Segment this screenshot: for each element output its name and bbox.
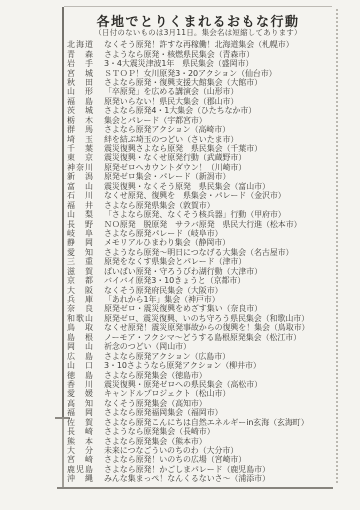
list-item: 福島原発いらない！県民大集会（郡山市） xyxy=(67,97,339,106)
list-item: 新潟原発ゼロ集会・パレード（新潟市） xyxy=(67,172,339,181)
event-description: なくそう原発府民集会（大阪市） xyxy=(104,286,223,295)
list-item: 青森さようなら原発・核燃県民集会（青森市） xyxy=(67,49,339,58)
prefecture-name: 沖縄 xyxy=(67,474,93,483)
left-border-line xyxy=(62,7,64,418)
prefecture-name: 宮城 xyxy=(67,69,93,78)
event-description: 3・4大震災津波1年 県民集会（盛岡市） xyxy=(104,59,253,68)
list-item: 香川震災復興・原発ゼロへの県民集会（高松市） xyxy=(67,380,339,389)
list-item: 茨城さよなら原発4・1大集会（ひたちなか市） xyxy=(67,106,339,115)
event-description: キャンドルプロジェクト（松山市） xyxy=(104,389,230,398)
list-item: 京都バイバイ原発3・10きょうと（京都市） xyxy=(67,276,339,285)
list-item: 北海道なくそう原発！許すな再稼働！北海道集会（札幌市） xyxy=(67,40,339,49)
event-description: ばいばい原発・守ろうびわ湖行動（大津市） xyxy=(104,267,262,276)
list-item: 長野ＮＯ原発 脱原発 サラバ原発 県民大行進（松本市） xyxy=(67,219,339,228)
prefecture-name: 山形 xyxy=(67,87,93,96)
prefecture-name: 長崎 xyxy=(67,427,93,436)
prefecture-name: 鹿児島 xyxy=(67,465,93,474)
prefecture-name: 島根 xyxy=(67,333,93,342)
prefecture-name: 北海道 xyxy=(67,40,93,49)
list-item: 福岡さよなら原発福岡集会（福岡市） xyxy=(67,408,339,417)
list-item: 栃木集会とパレード（宇都宮市） xyxy=(67,116,339,125)
list-item: 山梨「さよなら原発、なくそう核兵器」行動（甲府市） xyxy=(67,210,339,219)
event-description: さよなら原発集会（熊本市） xyxy=(104,437,207,446)
prefecture-name: 埼玉 xyxy=(67,135,93,144)
action-list: 北海道なくそう原発！許すな再稼働！北海道集会（札幌市）青森さようなら原発・核燃県… xyxy=(67,40,339,484)
prefecture-name: 鳥取 xyxy=(67,323,93,332)
event-description: 「さよなら原発、なくそう核兵器」行動（甲府市） xyxy=(104,210,286,219)
prefecture-name: 山梨 xyxy=(67,210,93,219)
page-subtitle: （日付のないものは3月11日。集会名は短縮してあります） xyxy=(62,27,334,38)
list-item: 福井さよなら原発県集会（敦賀市） xyxy=(67,200,339,209)
list-item: 山形「卒原発」を広める講演会（山形市） xyxy=(67,87,339,96)
prefecture-name: 岩手 xyxy=(67,59,93,68)
prefecture-name: 石川 xyxy=(67,191,93,200)
list-item: 滋賀ばいばい原発・守ろうびわ湖行動（大津市） xyxy=(67,267,339,276)
bottom-divider-line xyxy=(57,487,333,489)
event-description: 3・10さようなら原発アクション（柳井市） xyxy=(104,361,261,370)
event-description: さよなら原発4・1大集会（ひたちなか市） xyxy=(104,106,256,115)
prefecture-name: 福島 xyxy=(67,97,93,106)
list-item: 熊本さよなら原発集会（熊本市） xyxy=(67,436,339,445)
prefecture-name: 三重 xyxy=(67,257,93,266)
event-description: 震災復興・原発ゼロへの県民集会（高松市） xyxy=(104,380,262,389)
top-divider-line xyxy=(64,6,332,7)
event-description: みんな集まっぺ！なんくるないさ～（浦添市） xyxy=(104,474,270,483)
prefecture-name: 和歌山 xyxy=(67,314,93,323)
left-border-line-lower xyxy=(62,418,64,487)
prefecture-name: 福岡 xyxy=(67,408,93,417)
prefecture-name: 徳島 xyxy=(67,371,93,380)
prefecture-name: 長野 xyxy=(67,220,93,229)
list-item: 群馬さよなら原発アクション（高崎市） xyxy=(67,125,339,134)
list-item: 岩手3・4大震災津波1年 県民集会（盛岡市） xyxy=(67,59,339,68)
list-item: 大阪なくそう原発府民集会（大阪市） xyxy=(67,285,339,294)
list-item: 沖縄みんな集まっぺ！なんくるないさ～（浦添市） xyxy=(67,474,339,483)
list-item: 宮城ＳＴＯＰ！女川原発3・20アクション（仙台市） xyxy=(67,68,339,77)
event-description: 原発ゼロ・震災復興をめざす集い（奈良市） xyxy=(104,304,262,313)
prefecture-name: 群馬 xyxy=(67,125,93,134)
event-description: 原発ゼロへカウントダウン！（川崎市） xyxy=(104,163,246,172)
event-description: 原発をなくす県集会とパレード（津市） xyxy=(104,257,246,266)
prefecture-name: 東京 xyxy=(67,153,93,162)
list-item: 神奈川原発ゼロへカウントダウン！（川崎市） xyxy=(67,163,339,172)
prefecture-name: 京都 xyxy=(67,276,93,285)
prefecture-name: 岐阜 xyxy=(67,229,93,238)
event-description: さよなら原発こんにちは自然エネルギーin玄海（玄海町） xyxy=(104,418,309,427)
prefecture-name: 神奈川 xyxy=(67,163,93,172)
event-description: 原発ゼロ、震災復興、いのち守ろう県民集会（和歌山市） xyxy=(104,314,309,323)
list-item: 奈良原発ゼロ・震災復興をめざす集い（奈良市） xyxy=(67,304,339,313)
prefecture-name: 栃木 xyxy=(67,116,93,125)
event-description: 原発いらない！県民大集会（郡山市） xyxy=(104,97,238,106)
prefecture-name: 奈良 xyxy=(67,304,93,313)
event-description: メモリアルひまわり集会（静岡市） xyxy=(104,238,230,247)
prefecture-name: 茨城 xyxy=(67,106,93,115)
list-item: 鳥取なくせ原発！震災原発事故からの復興を！集会（鳥取市） xyxy=(67,323,339,332)
event-description: さようなら原発～明日につなげる大集会（名古屋市） xyxy=(104,248,293,257)
event-description: さよなら原発パレード（岐阜市） xyxy=(104,229,223,238)
event-description: なくせ原発、復興を 県集会・パレード（金沢市） xyxy=(104,191,286,200)
list-item: 静岡メモリアルひまわり集会（静岡市） xyxy=(67,238,339,247)
prefecture-name: 宮崎 xyxy=(67,455,93,464)
prefecture-name: 富山 xyxy=(67,182,93,191)
prefecture-name: 山口 xyxy=(67,361,93,370)
list-item: 山口3・10さようなら原発アクション（柳井市） xyxy=(67,361,339,370)
event-description: 「あれから1年」集会（神戸市） xyxy=(104,295,220,304)
event-description: 集会とパレード（宇都宮市） xyxy=(104,116,207,125)
prefecture-name: 滋賀 xyxy=(67,267,93,276)
event-description: ノーモア・フクシマ～どうする島根原発集会（松江市） xyxy=(104,333,301,342)
event-description: 祈念のつどい（岡山市） xyxy=(104,342,191,351)
scanned-page: 各地でとりくまれるおもな行動 （日付のないものは3月11日。集会名は短縮してあり… xyxy=(0,0,360,510)
prefecture-name: 静岡 xyxy=(67,238,93,247)
list-item: 佐賀さよなら原発こんにちは自然エネルギーin玄海（玄海町） xyxy=(67,418,339,427)
prefecture-name: 福井 xyxy=(67,201,93,210)
event-description: さよなら原発県集会（敦賀市） xyxy=(104,201,215,210)
prefecture-name: 兵庫 xyxy=(67,295,93,304)
list-item: 大分未来につなごういのちのわ（大分市） xyxy=(67,446,339,455)
prefecture-name: 熊本 xyxy=(67,437,93,446)
prefecture-name: 大阪 xyxy=(67,286,93,295)
list-item: 和歌山原発ゼロ、震災復興、いのち守ろう県民集会（和歌山市） xyxy=(67,314,339,323)
list-item: 岡山祈念のつどい（岡山市） xyxy=(67,342,339,351)
list-item: 石川なくせ原発、復興を 県集会・パレード（金沢市） xyxy=(67,191,339,200)
event-description: さよなら原発！かごしまパレード（鹿児島市） xyxy=(104,465,270,474)
prefecture-name: 岡山 xyxy=(67,342,93,351)
prefecture-name: 香川 xyxy=(67,380,93,389)
list-item: 兵庫「あれから1年」集会（神戸市） xyxy=(67,295,339,304)
event-description: バイバイ原発3・10きょうと（京都市） xyxy=(104,276,245,285)
prefecture-name: 佐賀 xyxy=(67,418,93,427)
list-item: 徳島さよなら原発集会（徳島市） xyxy=(67,370,339,379)
list-item: 埼玉絆を結ぶ埼玉のつどい（さいたま市） xyxy=(67,134,339,143)
event-description: なくそう原発！許すな再稼働！北海道集会（札幌市） xyxy=(104,40,294,49)
prefecture-name: 愛媛 xyxy=(67,389,93,398)
list-item: 千葉震災復興さよなら原発 県民集会（千葉市） xyxy=(67,144,339,153)
event-description: なくせ原発！震災原発事故からの復興を！集会（鳥取市） xyxy=(104,323,309,332)
prefecture-name: 千葉 xyxy=(67,144,93,153)
event-description: 震災復興・なくそう原発 県民集会（富山市） xyxy=(104,182,270,191)
list-item: 愛媛キャンドルプロジェクト（松山市） xyxy=(67,389,339,398)
list-item: 秋田さよなら原発・復興支援大館集会（大館市） xyxy=(67,78,339,87)
prefecture-name: 愛知 xyxy=(67,248,93,257)
list-item: 鹿児島さよなら原発！かごしまパレード（鹿児島市） xyxy=(67,465,339,474)
event-description: 未来につなごういのちのわ（大分市） xyxy=(104,446,238,455)
event-description: さよなら原発アクション（高崎市） xyxy=(104,125,230,134)
list-item: 東京震災復興・なくせ原発行動（武蔵野市） xyxy=(67,153,339,162)
event-description: ＳＴＯＰ！女川原発3・20アクション（仙台市） xyxy=(104,69,277,78)
event-description: さよなら原発福岡集会（福岡市） xyxy=(104,408,223,417)
list-item: 高知なくそう原発集会（高知市） xyxy=(67,399,339,408)
event-description: なくそう原発集会（高知市） xyxy=(104,399,207,408)
list-item: 島根ノーモア・フクシマ～どうする島根原発集会（松江市） xyxy=(67,333,339,342)
event-description: 原発ゼロ集会・パレード（新潟市） xyxy=(104,172,230,181)
prefecture-name: 秋田 xyxy=(67,78,93,87)
prefecture-name: 高知 xyxy=(67,399,93,408)
prefecture-name: 広島 xyxy=(67,352,93,361)
event-description: さよなら原発集会（徳島市） xyxy=(104,371,207,380)
prefecture-name: 大分 xyxy=(67,446,93,455)
prefecture-name: 青森 xyxy=(67,50,93,59)
event-description: さようなら原発集会（長崎市） xyxy=(104,427,215,436)
event-description: 震災復興さよなら原発 県民集会（千葉市） xyxy=(104,144,262,153)
list-item: 三重原発をなくす県集会とパレード（津市） xyxy=(67,257,339,266)
list-item: 広島さよなら原発アクション（広島市） xyxy=(67,351,339,360)
event-description: さよなら原発アクション（広島市） xyxy=(104,352,230,361)
list-item: 富山震災復興・なくそう原発 県民集会（富山市） xyxy=(67,182,339,191)
list-item: 愛知さようなら原発～明日につなげる大集会（名古屋市） xyxy=(67,248,339,257)
event-description: 震災復興・なくせ原発行動（武蔵野市） xyxy=(104,153,246,162)
event-description: さよなら原発！いのちの広場（宮崎市） xyxy=(104,455,246,464)
list-item: 宮崎さよなら原発！いのちの広場（宮崎市） xyxy=(67,455,339,464)
event-description: さよなら原発・復興支援大館集会（大館市） xyxy=(104,78,262,87)
list-item: 岐阜さよなら原発パレード（岐阜市） xyxy=(67,229,339,238)
event-description: ＮＯ原発 脱原発 サラバ原発 県民大行進（松本市） xyxy=(104,220,302,229)
event-description: さようなら原発・核燃県民集会（青森市） xyxy=(104,50,254,59)
event-description: 「卒原発」を広める講演会（山形市） xyxy=(104,87,238,96)
prefecture-name: 新潟 xyxy=(67,172,93,181)
event-description: 絆を結ぶ埼玉のつどい（さいたま市） xyxy=(104,135,238,144)
list-item: 長崎さようなら原発集会（長崎市） xyxy=(67,427,339,436)
